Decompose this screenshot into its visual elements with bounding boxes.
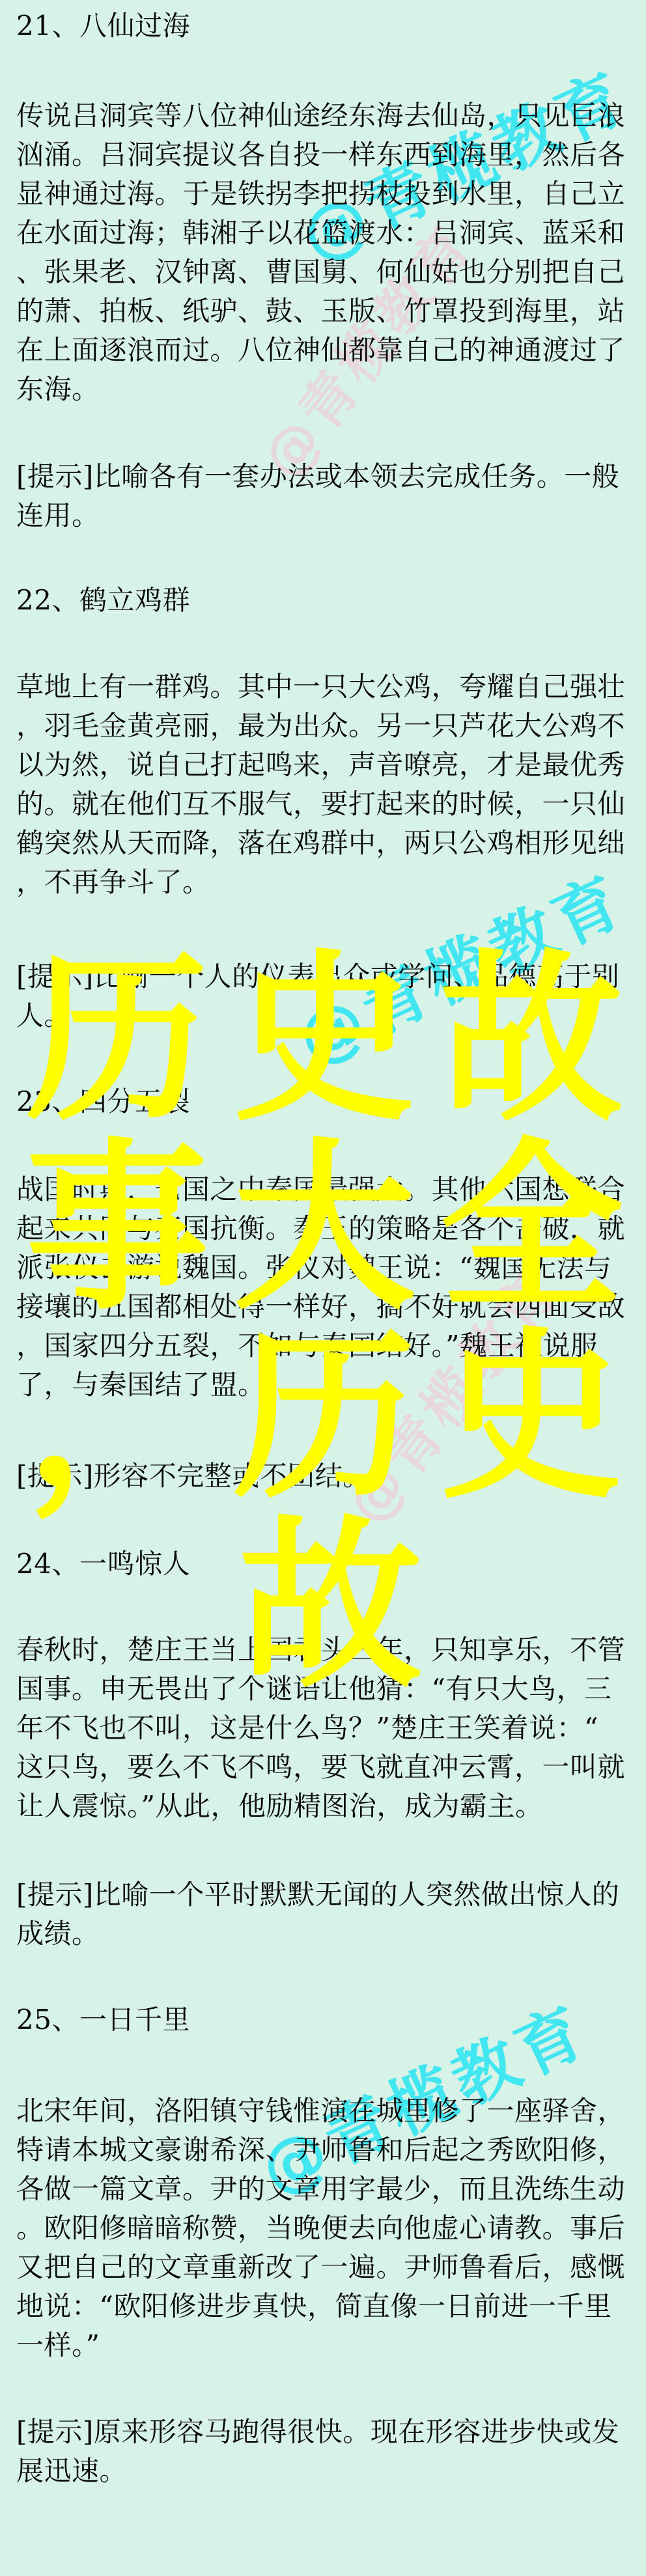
- story-25-hint: [提示]原来形容马跑得很快。现在形容进步快或发 展迅速。: [16, 2413, 641, 2491]
- yellow-watermark-row-1: 历史故: [26, 947, 646, 1133]
- story-24-hint: [提示]比喻一个平时默默无闻的人突然做出惊人的 成绩。: [16, 1875, 641, 1953]
- story-21-hint: [提示]比喻各有一套办法或本领去完成任务。一般 连用。: [16, 457, 641, 535]
- story-25-body: 北宋年间，洛阳镇守钱惟演在城里修了一座驿舍， 特请本城文豪谢希深、尹师鲁和后起之…: [16, 2092, 641, 2365]
- story-22-body: 草地上有一群鸡。其中一只大公鸡，夸耀自己强壮 ，羽毛金黄亮丽，最为出众。另一只芦…: [16, 667, 641, 902]
- article-page: @青榄教育 @青榄教育 @青榄教育 @青榄教育 @青榄教育 21、八仙过海 传说…: [0, 0, 646, 2576]
- story-21-body: 传说吕洞宾等八位神仙途经东海去仙岛，只见巨浪 汹涌。吕洞宾提议各自投一样东西到海…: [16, 96, 641, 409]
- yellow-watermark-row-3: ，历史: [26, 1325, 646, 1511]
- story-22-title: 22、鹤立鸡群: [16, 581, 641, 620]
- story-21-title: 21、八仙过海: [16, 7, 641, 46]
- yellow-watermark-row-2: 事大全: [26, 1136, 646, 1322]
- story-25-title: 25、一日千里: [16, 2000, 641, 2039]
- yellow-watermark-row-4: 故: [240, 1514, 447, 1700]
